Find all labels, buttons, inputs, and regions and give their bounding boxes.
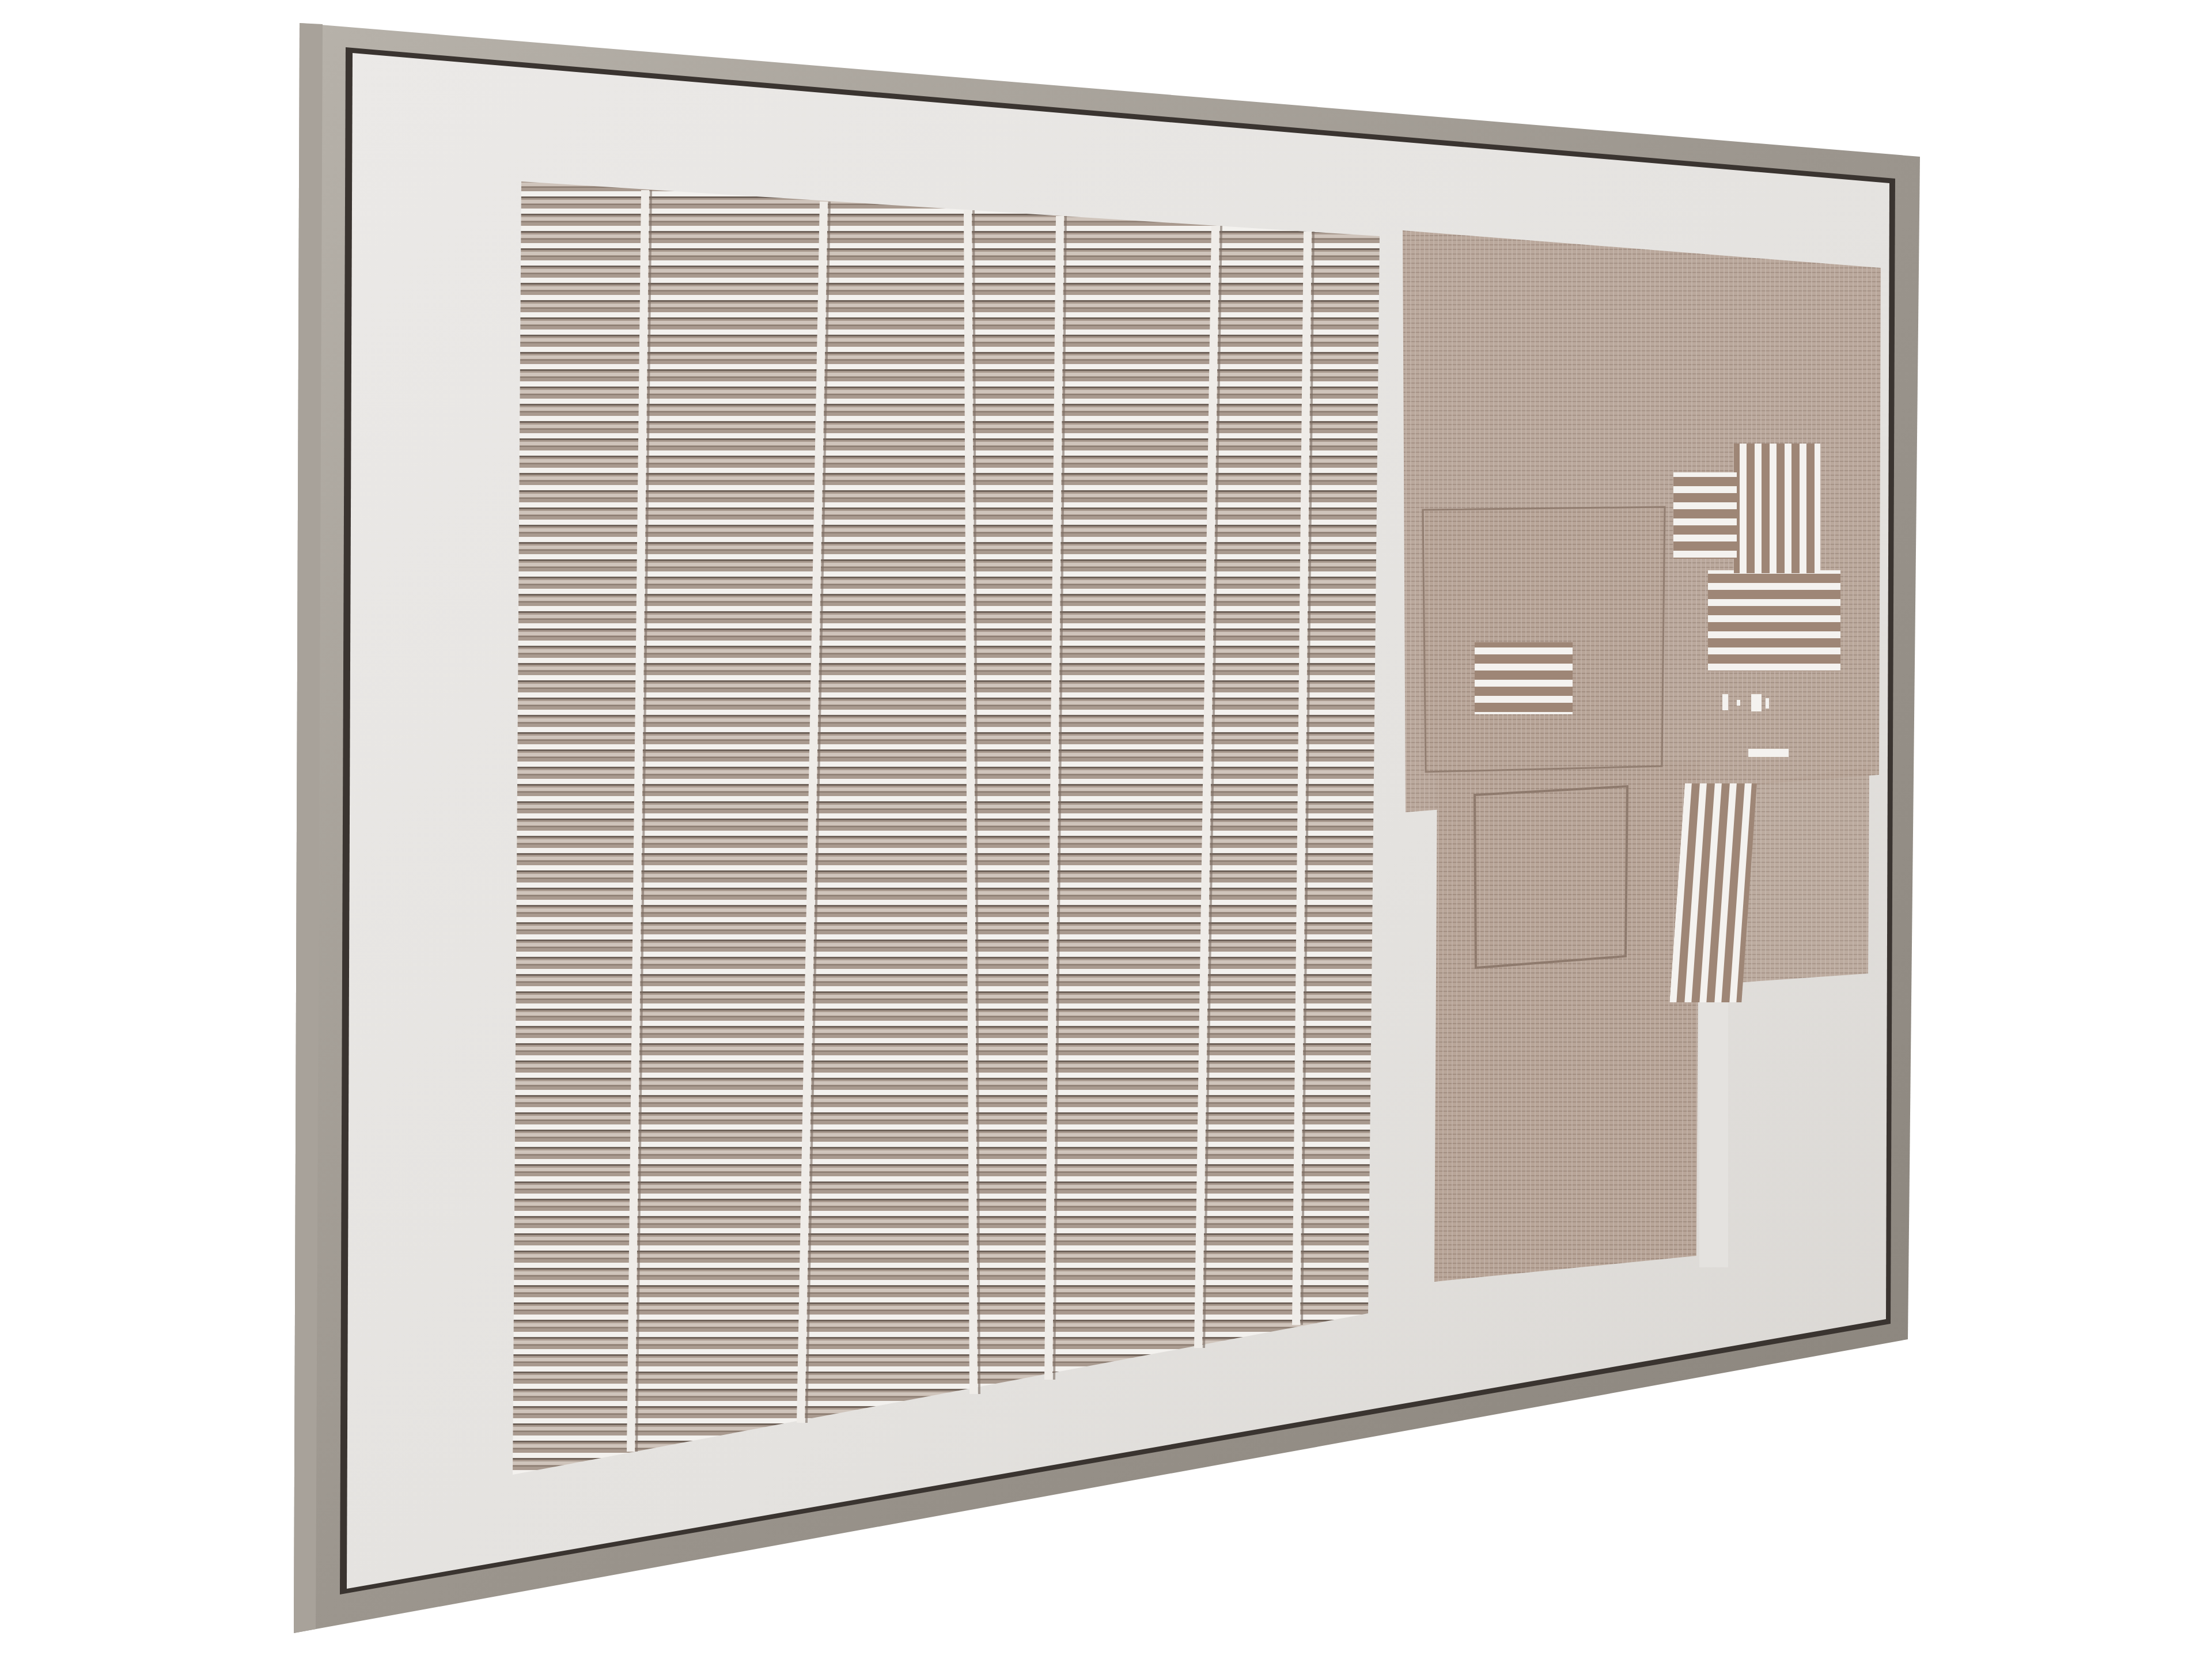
left-panel-ridged-grid: [513, 181, 1380, 1475]
top-right-stripes-vertical: [1734, 444, 1820, 573]
top-right-stripes-left: [1673, 472, 1737, 559]
mid-left-overlay-patch: [1423, 507, 1665, 772]
inner-rectangle-patch: [1475, 786, 1627, 968]
top-right-stripes-horizontal: [1708, 570, 1840, 671]
left-stripes: [1475, 642, 1573, 714]
artwork-scene: [0, 0, 2212, 1659]
bottom-right-stripes: [1669, 783, 1757, 1002]
